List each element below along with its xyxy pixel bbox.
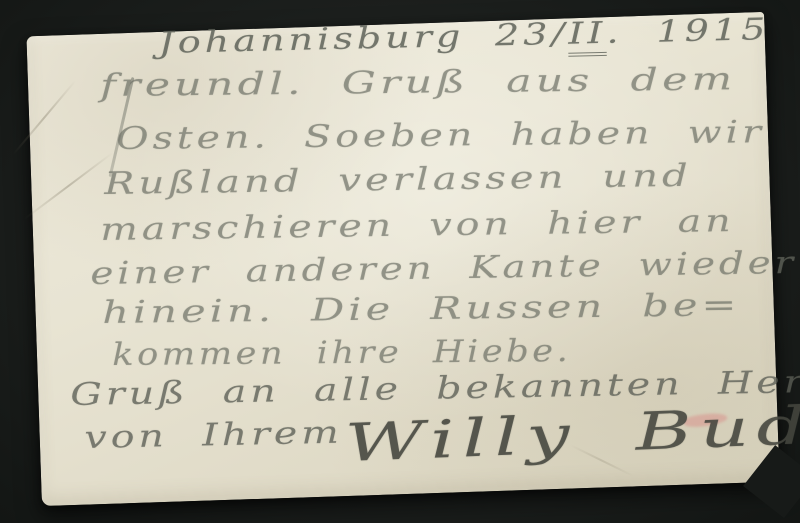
red-ink-mark [683,411,728,429]
worn-corner [743,445,800,518]
postcard-paper [26,12,779,506]
paper-crease [570,444,634,477]
scan-background: Johannisburg23/II. 1915 freundl. Gruß au… [0,0,800,523]
paper-crease [12,80,75,155]
paper-crease [24,152,113,220]
